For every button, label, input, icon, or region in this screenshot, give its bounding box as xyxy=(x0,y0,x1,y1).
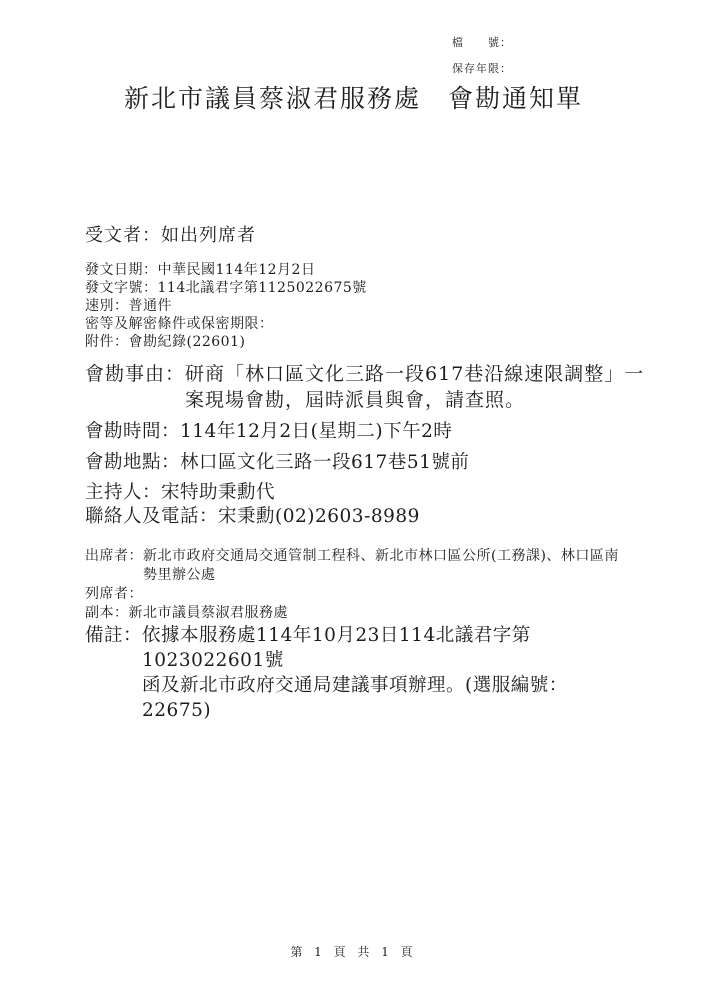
issue-date-value: 中華民國114年12月2日 xyxy=(158,262,316,278)
meta-block: 發文日期：中華民國114年12月2日 發文字號：114北議君字第11250226… xyxy=(85,261,650,351)
remarks-line: 備註：依據本服務處114年10月23日114北議君字第1023022601號 函… xyxy=(85,623,650,723)
priority-label: 速別： xyxy=(85,298,129,314)
ref-number-value: 114北議君字第1125022675號 xyxy=(158,280,367,296)
recipient-value: 如出列席者 xyxy=(161,225,256,246)
host-value: 宋特助秉勳代 xyxy=(161,482,275,503)
host-label: 主持人： xyxy=(85,482,161,503)
attachment-line: 附件：會勘紀錄(22601) xyxy=(85,333,650,351)
attachment-label: 附件： xyxy=(85,334,129,350)
contact-line: 聯絡人及電話：宋秉勳(02)2603-8989 xyxy=(85,505,650,529)
survey-location-line: 會勘地點：林口區文化三路一段617巷51號前 xyxy=(85,451,650,475)
document-page: 檔 號： 保存年限： 新北市議員蔡淑君服務處 會勘通知單 受文者：如出列席者 發… xyxy=(0,0,707,1000)
survey-subject-value: 研商「林口區文化三路一段617巷沿線速限調整」一 案現場會勘，屆時派員與會，請查… xyxy=(185,361,650,413)
survey-location-label: 會勘地點： xyxy=(85,452,180,473)
ref-number-label: 發文字號： xyxy=(85,280,158,296)
cc-value: 新北市議員蔡淑君服務處 xyxy=(129,605,289,621)
page-number-footer: 第 1 頁 共 1 頁 xyxy=(0,943,707,960)
attendees-value: 新北市政府交通局交通管制工程科、新北市林口區公所(工務課)、林口區南 勢里辦公處 xyxy=(143,547,650,585)
issue-date-label: 發文日期： xyxy=(85,262,158,278)
cc-label: 副本： xyxy=(85,605,129,621)
attendees-label: 出席者： xyxy=(85,547,143,566)
remarks-value: 依據本服務處114年10月23日114北議君字第1023022601號 函及新北… xyxy=(142,623,650,723)
recipient-label: 受文者： xyxy=(85,225,161,246)
survey-subject-label: 會勘事由： xyxy=(85,361,185,387)
ref-number-line: 發文字號：114北議君字第1125022675號 xyxy=(85,279,650,297)
attendance-block: 出席者：新北市政府交通局交通管制工程科、新北市林口區公所(工務課)、林口區南 勢… xyxy=(85,547,650,623)
host-line: 主持人：宋特助秉勳代 xyxy=(85,481,650,505)
retention-period-label: 保存年限： xyxy=(452,62,512,75)
observers-label: 列席者： xyxy=(85,586,143,602)
contact-label: 聯絡人及電話： xyxy=(85,506,218,527)
attachment-value: 會勘紀錄(22601) xyxy=(129,334,246,350)
cc-line: 副本：新北市議員蔡淑君服務處 xyxy=(85,604,650,623)
priority-line: 速別：普通件 xyxy=(85,297,650,315)
survey-location-value: 林口區文化三路一段617巷51號前 xyxy=(180,452,469,473)
survey-subject-line: 會勘事由：研商「林口區文化三路一段617巷沿線速限調整」一 案現場會勘，屆時派員… xyxy=(85,361,650,413)
survey-time-value: 114年12月2日(星期二)下午2時 xyxy=(180,421,452,442)
survey-time-line: 會勘時間：114年12月2日(星期二)下午2時 xyxy=(85,420,650,444)
issue-date-line: 發文日期：中華民國114年12月2日 xyxy=(85,261,650,279)
security-label: 密等及解密條件或保密期限： xyxy=(85,316,274,332)
security-line: 密等及解密條件或保密期限： xyxy=(85,315,650,333)
attendees-line: 出席者：新北市政府交通局交通管制工程科、新北市林口區公所(工務課)、林口區南 勢… xyxy=(85,547,650,585)
remarks-label: 備註： xyxy=(85,623,142,648)
recipient-line: 受文者：如出列席者 xyxy=(85,224,650,248)
file-number-label: 檔 號： xyxy=(452,36,512,49)
survey-time-label: 會勘時間： xyxy=(85,421,180,442)
priority-value: 普通件 xyxy=(129,298,173,314)
document-body: 受文者：如出列席者 發文日期：中華民國114年12月2日 發文字號：114北議君… xyxy=(85,224,650,723)
page-title: 新北市議員蔡淑君服務處 會勘通知單 xyxy=(0,79,707,115)
contact-value: 宋秉勳(02)2603-8989 xyxy=(218,506,420,527)
observers-line: 列席者： xyxy=(85,585,650,604)
